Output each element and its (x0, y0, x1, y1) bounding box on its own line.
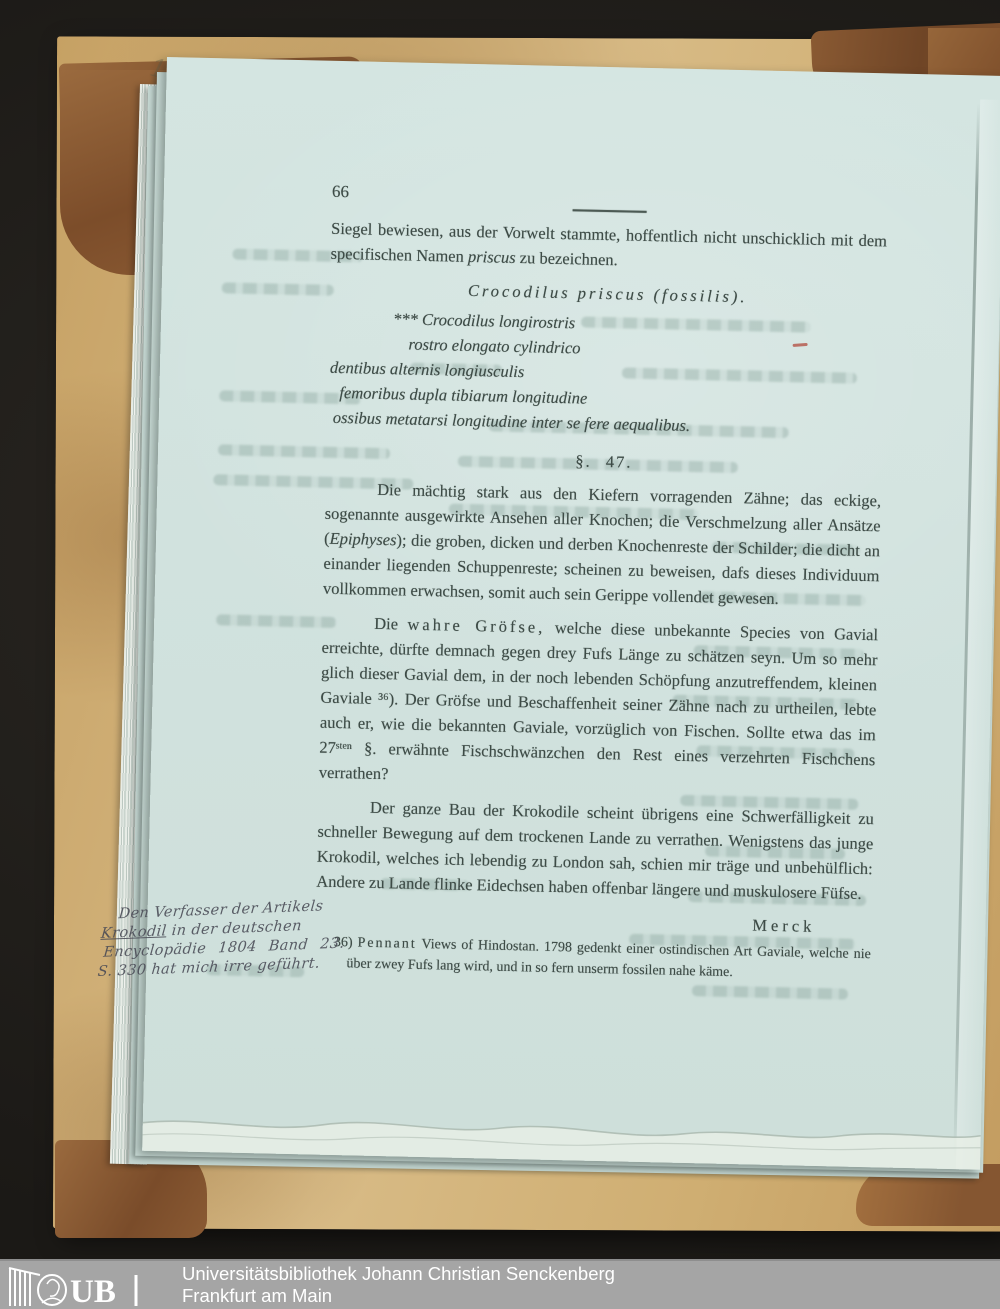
handwritten-marginalia: Den Verfasser der Artikels Krokodil in d… (97, 896, 359, 982)
paragraph-text: Die (374, 614, 408, 634)
library-city: Frankfurt am Main (182, 1285, 615, 1307)
printed-text-column: 66 Siegel bewiesen, aus der Vorwelt stam… (314, 179, 888, 986)
paragraph-size: Die wahre Gröfse, welche diese unbekannt… (319, 610, 879, 798)
bleedthrough-line (216, 614, 336, 628)
paragraph-text: zu bezeichnen. (515, 248, 618, 269)
book-page-paper: 66 Siegel bewiesen, aus der Vorwelt stam… (142, 57, 1000, 1170)
epiphyses-italic: Epiphyses (329, 529, 396, 550)
section-heading: §. 47. (326, 443, 882, 481)
paragraph-build: Der ganze Bau der Krokodile scheint übri… (316, 794, 874, 907)
bleedthrough-line (222, 282, 334, 296)
paragraph-47: Die mächtig stark aus den Kiefern vorrag… (323, 476, 882, 614)
footnote-author: Pennant (357, 936, 416, 952)
spaced-emphasis: wahre Gröfse, (407, 615, 545, 637)
library-name-block: Universitätsbibliothek Johann Christian … (182, 1263, 615, 1307)
paragraph-intro: Siegel bewiesen, aus der Vorwelt stammte… (330, 216, 887, 279)
library-footer-bar: UB Universitätsbibliothek Johann Christi… (0, 1259, 1000, 1309)
library-name: Universitätsbibliothek Johann Christian … (182, 1263, 615, 1285)
ub-logo: UB (8, 1263, 158, 1307)
footnote-text: Views of Hindostan. 1798 gedenkt einer o… (346, 937, 871, 980)
header-rule (573, 209, 647, 213)
paragraph-text: welche diese unbekannte Species von Gavi… (319, 618, 879, 783)
latin-diagnosis: *** Crocodilus longirostris rostro elong… (327, 305, 886, 443)
species-word-italic: priscus (468, 247, 516, 267)
scanned-book-page: 19 (0, 0, 1000, 1309)
ub-logo-text: UB (70, 1274, 116, 1307)
paragraph-text: ); die groben, dicken und derben Knochen… (323, 530, 880, 608)
bleedthrough-line (692, 985, 848, 1000)
footnote-36: 36) Pennant Views of Hindostan. 1798 ged… (314, 933, 871, 987)
